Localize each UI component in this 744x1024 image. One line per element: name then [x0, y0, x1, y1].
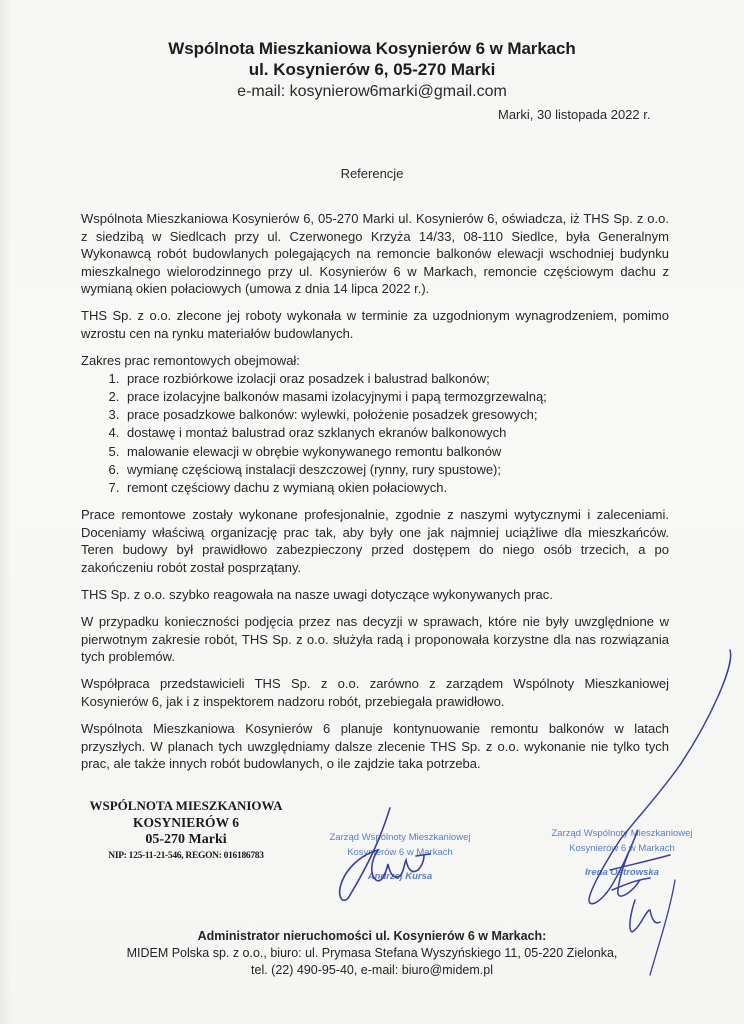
- board-member-name: Irena Ostrowska: [522, 865, 722, 880]
- document-page: Wspólnota Mieszkaniowa Kosynierów 6 w Ma…: [0, 0, 744, 1024]
- letterhead-address: ul. Kosynierów 6, 05-270 Marki: [0, 59, 744, 81]
- scope-item: prace posadzkowe balkonów: wylewki, poło…: [123, 406, 669, 424]
- scope-item: prace izolacyjne balkonów masami izolacy…: [123, 388, 669, 406]
- scope-list: prace rozbiórkowe izolacji oraz posadzek…: [81, 370, 669, 497]
- administrator-footer: Administrator nieruchomości ul. Kosynier…: [0, 928, 744, 979]
- board-stamp-2: Zarząd Wspólnoty Mieszkaniowej Kosynieró…: [522, 826, 722, 880]
- footer-contact: tel. (22) 490-95-40, e-mail: biuro@midem…: [0, 962, 744, 979]
- scope-item: wymianę częściową instalacji deszczowej …: [123, 461, 669, 479]
- stamp-line: WSPÓLNOTA MIESZKANIOWA: [88, 797, 284, 814]
- paragraph-quality: Prace remontowe zostały wykonane profesj…: [81, 506, 669, 576]
- stamp-line: KOSYNIERÓW 6: [88, 814, 284, 831]
- document-body: Wspólnota Mieszkaniowa Kosynierów 6, 05-…: [81, 210, 669, 782]
- document-title: Referencje: [0, 166, 744, 181]
- scope-intro: Zakres prac remontowych obejmował:: [81, 352, 669, 370]
- board-stamp-line: Zarząd Wspólnoty Mieszkaniowej: [310, 830, 490, 845]
- scope-item: dostawę i montaż balustrad oraz szklanyc…: [123, 424, 669, 442]
- letterhead: Wspólnota Mieszkaniowa Kosynierów 6 w Ma…: [0, 38, 744, 103]
- paragraph-intro: Wspólnota Mieszkaniowa Kosynierów 6, 05-…: [81, 210, 669, 298]
- paragraph-timeliness: THS Sp. z o.o. zlecone jej roboty wykona…: [81, 307, 669, 342]
- letterhead-organization: Wspólnota Mieszkaniowa Kosynierów 6 w Ma…: [0, 38, 744, 59]
- board-stamp-line: Kosynierów 6 w Markach: [522, 841, 722, 856]
- stamp-line: 05-270 Marki: [88, 831, 284, 849]
- scope-item: remont częściowy dachu z wymianą okien p…: [123, 479, 669, 497]
- footer-address: MIDEM Polska sp. z o.o., biuro: ul. Prym…: [0, 945, 744, 962]
- paragraph-advice: W przypadku konieczności podjęcia przez …: [81, 613, 669, 666]
- board-stamp-line: Kosynierów 6 w Markach: [310, 845, 490, 860]
- paragraph-cooperation: Współpraca przedstawicieli THS Sp. z o.o…: [81, 675, 669, 710]
- scope-item: malowanie elewacji w obrębie wykonywaneg…: [123, 443, 669, 461]
- stamp-tax-ids: NIP: 125-11-21-546, REGON: 016186783: [88, 849, 284, 863]
- scan-edge-shadow: [0, 0, 12, 1024]
- paragraph-responsiveness: THS Sp. z o.o. szybko reagowała na nasze…: [81, 586, 669, 604]
- board-member-name: Andrzej Kursa: [310, 869, 490, 884]
- board-stamp-line: Zarząd Wspólnoty Mieszkaniowej: [522, 826, 722, 841]
- scope-item: prace rozbiórkowe izolacji oraz posadzek…: [123, 370, 669, 388]
- paragraph-future-plans: Wspólnota Mieszkaniowa Kosynierów 6 plan…: [81, 720, 669, 773]
- footer-heading: Administrator nieruchomości ul. Kosynier…: [0, 928, 744, 945]
- document-date: Marki, 30 listopada 2022 r.: [498, 107, 650, 122]
- board-stamp-1: Zarząd Wspólnoty Mieszkaniowej Kosynieró…: [310, 830, 490, 884]
- organization-stamp: WSPÓLNOTA MIESZKANIOWA KOSYNIERÓW 6 05-2…: [88, 797, 284, 863]
- letterhead-email: e-mail: kosynierow6marki@gmail.com: [0, 81, 744, 103]
